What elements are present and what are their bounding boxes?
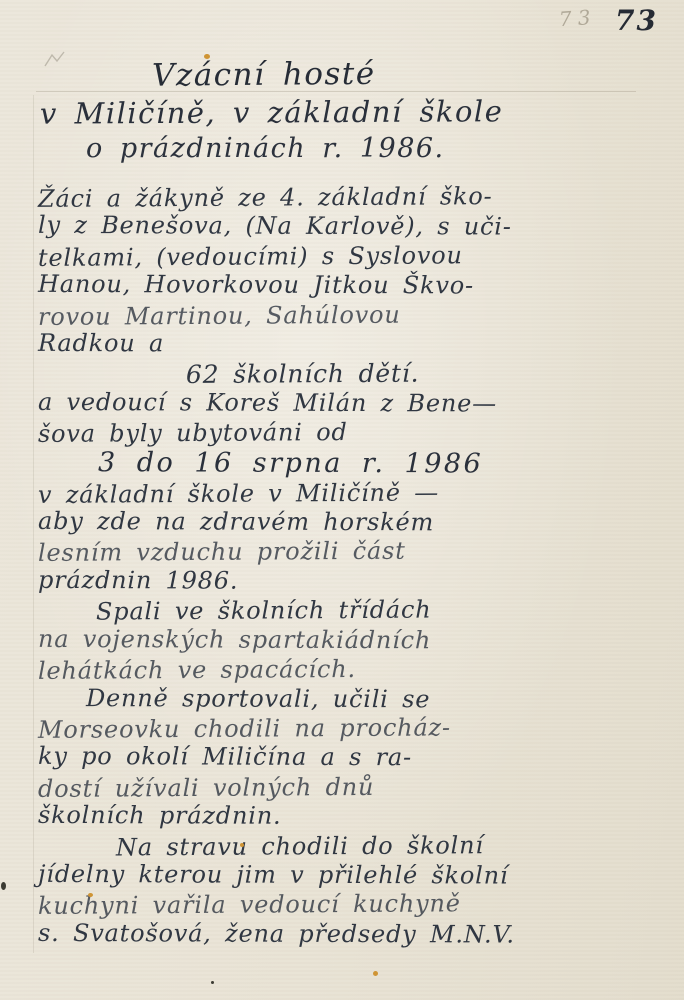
handwritten-line: prázdnin 1986. xyxy=(38,566,666,598)
handwritten-line: telkami, (vedoucími) s Syslovou xyxy=(38,240,666,273)
paper-crease xyxy=(33,95,34,953)
title-line: Vzácní hosté xyxy=(40,51,668,96)
handwritten-line: na vojenských spartakiádních xyxy=(38,625,666,657)
handwritten-line: ly z Benešova, (Na Karlově), s uči- xyxy=(38,211,666,243)
handwritten-line: Na stravu chodili do školní xyxy=(38,830,666,863)
handwritten-line: v základní škole v Miličíně — xyxy=(38,477,666,510)
handwritten-line: školních prázdnin. xyxy=(38,801,666,833)
ink-speck xyxy=(88,893,93,897)
title-line: v Miličíně, v základní škole xyxy=(40,92,668,132)
handwritten-line: dostí užívali volných dnů xyxy=(38,771,666,804)
title-block: Vzácní hosté v Miličíně, v základní škol… xyxy=(40,54,668,167)
handwritten-line: s. Svatošová, žena předsedy M.N.V. xyxy=(38,919,666,951)
title-line: o prázdninách r. 1986. xyxy=(40,131,668,167)
page-number: 73 xyxy=(615,4,658,37)
ink-speck xyxy=(373,971,378,976)
handwritten-line: rovou Martinou, Sahúlovou xyxy=(38,299,666,332)
handwritten-text: Žáci a žákyně ze 4. základní ško- ly z B… xyxy=(38,183,666,949)
handwritten-line: Žáci a žákyně ze 4. základní ško- xyxy=(38,181,666,214)
handwritten-line: 3 do 16 srpna r. 1986 xyxy=(38,447,666,480)
handwritten-line: aby zde na zdravém horském xyxy=(38,507,666,539)
handwritten-line: lesním vzduchu prožili část xyxy=(38,536,666,569)
handwritten-line: 62 školních dětí. xyxy=(38,358,666,391)
ink-speck xyxy=(211,981,214,984)
handwritten-line: Hanou, Hovorkovou Jitkou Škvo- xyxy=(38,270,666,302)
handwritten-line: kuchyni vařila vedoucí kuchyně xyxy=(38,888,666,921)
chronicle-page: 73 73 Vzácní hosté v Miličíně, v základn… xyxy=(0,0,684,1000)
handwritten-line: lehátkách ve spacácích. xyxy=(38,653,666,686)
handwritten-line: jídelny kterou jim v přilehlé školní xyxy=(38,860,666,892)
handwritten-line: Morseovku chodili na procház- xyxy=(38,712,666,745)
handwritten-line: šova byly ubytováni od xyxy=(38,416,666,449)
handwritten-line: ky po okolí Miličína a s ra- xyxy=(38,742,666,774)
ink-speck xyxy=(204,54,210,59)
handwritten-line: Radkou a xyxy=(38,329,666,361)
handwritten-line: Spali ve školních třídách xyxy=(38,594,666,627)
ink-speck xyxy=(1,882,6,890)
handwritten-line: a vedoucí s Koreš Milán z Bene— xyxy=(38,388,666,420)
ghost-page-number: 73 xyxy=(558,5,597,32)
ink-speck xyxy=(240,843,244,847)
handwritten-line: Denně sportovali, učili se xyxy=(38,683,666,715)
